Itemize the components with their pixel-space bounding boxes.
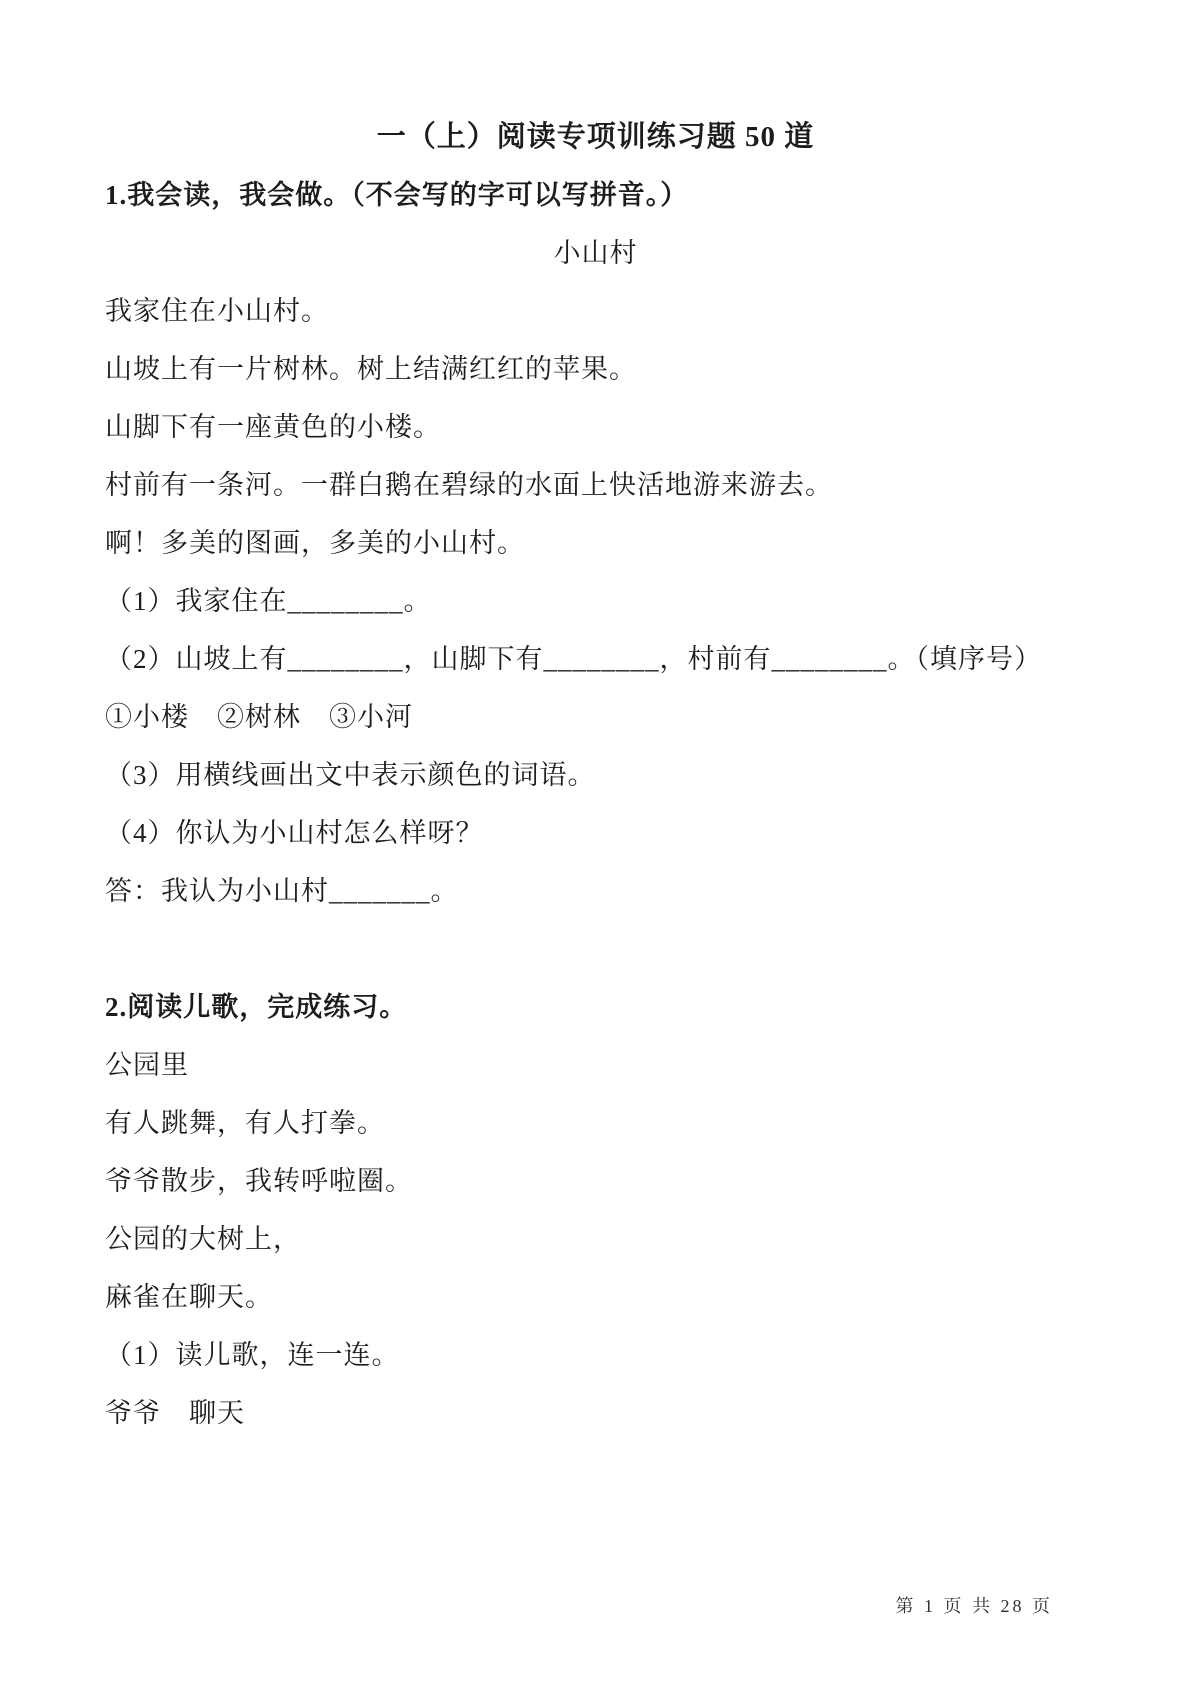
passage2-line-2: 有人跳舞，有人打拳。 <box>105 1094 1086 1152</box>
passage1-line-3: 山脚下有一座黄色的小楼。 <box>105 398 1086 456</box>
passage1-line-4: 村前有一条河。一群白鹅在碧绿的水面上快活地游来游去。 <box>105 456 1086 514</box>
section2-question-1: （1）读儿歌，连一连。 <box>105 1326 1086 1384</box>
passage1-line-2: 山坡上有一片树林。树上结满红红的苹果。 <box>105 340 1086 398</box>
passage1-line-1: 我家住在小山村。 <box>105 282 1086 340</box>
section-gap <box>105 920 1086 978</box>
document-content: 一（上）阅读专项训练习题 50 道 1.我会读，我会做。（不会写的字可以写拼音。… <box>105 108 1086 1442</box>
passage2-line-1: 公园里 <box>105 1036 1086 1094</box>
passage2-line-5: 麻雀在聊天。 <box>105 1268 1086 1326</box>
section1-question-4: （4）你认为小山村怎么样呀？ <box>105 804 1086 862</box>
section2-heading: 2.阅读儿歌，完成练习。 <box>105 978 1086 1036</box>
section1-heading: 1.我会读，我会做。（不会写的字可以写拼音。） <box>105 166 1086 224</box>
document-page: 一（上）阅读专项训练习题 50 道 1.我会读，我会做。（不会写的字可以写拼音。… <box>0 0 1191 1684</box>
section1-question-2: （2）山坡上有________，山脚下有________，村前有________… <box>105 630 1086 688</box>
passage1-title: 小山村 <box>105 224 1086 282</box>
passage2-line-4: 公园的大树上， <box>105 1210 1086 1268</box>
section1-question-2-options: ①小楼 ②树林 ③小河 <box>105 688 1086 746</box>
section1-question-1: （1）我家住在________。 <box>105 572 1086 630</box>
page-number: 第 1 页 共 28 页 <box>896 1592 1054 1618</box>
section1-answer-line: 答：我认为小山村_______。 <box>105 862 1086 920</box>
section1-question-3: （3）用横线画出文中表示颜色的词语。 <box>105 746 1086 804</box>
section2-matching-row: 爷爷 聊天 <box>105 1384 1086 1442</box>
passage1-line-5: 啊！多美的图画，多美的小山村。 <box>105 514 1086 572</box>
document-title: 一（上）阅读专项训练习题 50 道 <box>105 108 1086 166</box>
passage2-line-3: 爷爷散步，我转呼啦圈。 <box>105 1152 1086 1210</box>
